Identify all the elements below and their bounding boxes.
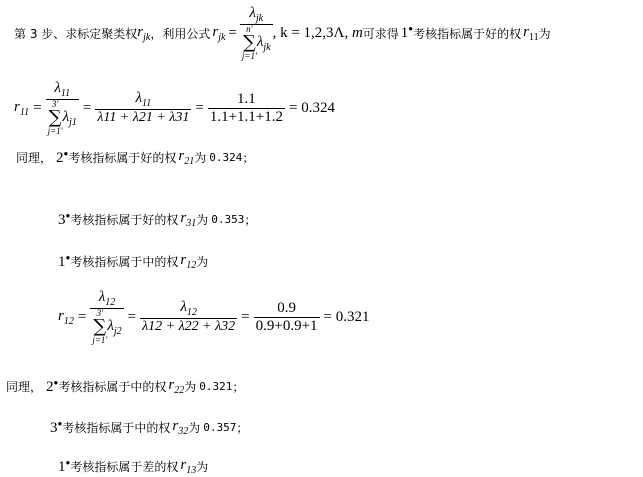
line-r13: 1● 考核指标属于差的权 r13 为	[58, 457, 208, 476]
step3-line: 第 3 步、求标定聚类权 rjk ，利用公式 rjk = λjk n' ∑ j=…	[14, 0, 551, 66]
line-r21: 同理， 2● 考核指标属于好的权 r21 为 0.324 ；	[16, 148, 254, 167]
line-r22: 同理， 2● 考核指标属于中的权 r22 为 0.321 ；	[6, 377, 244, 396]
can-get-text: 可求得	[363, 25, 399, 42]
formula-text: ，利用公式	[150, 25, 210, 42]
symbol-r: rjk	[137, 24, 150, 43]
eq1-frac1: λ11 3' ∑ j=1' λj1	[46, 80, 79, 136]
wei-text: 为	[539, 25, 551, 42]
indicator-text: 考核指标属于好的权	[413, 25, 521, 42]
sum-icon: n' ∑ j=1'	[242, 25, 257, 61]
line-r31: 3● 考核指标属于好的权 r31 为 0.353 ；	[58, 210, 256, 229]
formula-denominator: n' ∑ j=1' λjk	[240, 25, 273, 61]
equation-r11: r11 = λ11 3' ∑ j=1' λj1 = λ11 λ11 + λ21 …	[14, 78, 335, 138]
m-var: , m	[344, 25, 362, 42]
eq2-result: = 0.321	[324, 309, 370, 326]
eq1-frac3: 1.1 1.1+1.1+1.2	[208, 91, 285, 126]
eq1-lhs: r11	[14, 99, 29, 118]
eq1-frac2: λ11 λ11 + λ21 + λ31	[95, 90, 191, 126]
equals: =	[228, 25, 236, 42]
eq2-frac2: λ12 λ12 + λ22 + λ32	[140, 299, 237, 335]
eq1-result: = 0.324	[289, 100, 335, 117]
formula-lhs: rjk	[212, 24, 225, 43]
eq2-frac3: 0.9 0.9+0.9+1	[254, 300, 320, 335]
one-bullet: 1●	[401, 24, 413, 42]
formula-numerator: λjk	[247, 5, 265, 24]
r11-symbol: r11	[523, 24, 538, 43]
sum-icon: 3' ∑ j=1'	[92, 309, 107, 345]
step3-intro: 第 3 步、求标定聚类权	[14, 25, 137, 42]
line-r32: 3● 考核指标属于中的权 r32 为 0.357 ；	[50, 418, 248, 437]
eq2-frac1: λ12 3' ∑ j=1' λj2	[90, 289, 123, 345]
formula-fraction: λjk n' ∑ j=1' λjk	[240, 5, 273, 61]
k-range: , k = 1,2,3Λ	[273, 25, 345, 42]
equation-r12: r12 = λ12 3' ∑ j=1' λj2 = λ12 λ12 + λ22 …	[58, 282, 370, 352]
sum-icon: 3' ∑ j=1'	[48, 100, 63, 136]
line-r12: 1● 考核指标属于中的权 r12 为	[58, 252, 208, 271]
